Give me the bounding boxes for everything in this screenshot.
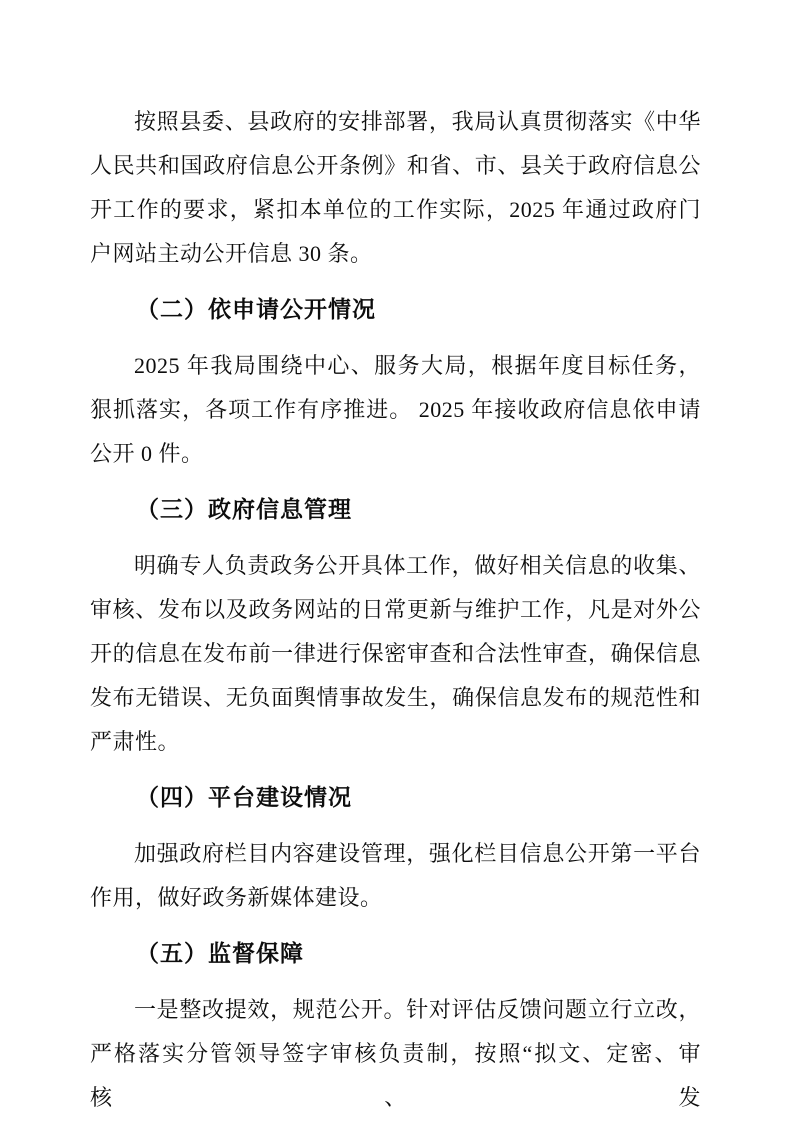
paragraph-supervision-guarantee-continued: 一是整改提效，规范公开。针对评估反馈问题立行立改，严格落实分管领导签字审核负责制…	[90, 988, 701, 1120]
paragraph-information-management: 明确专人负责政务公开具体工作，做好相关信息的收集、审核、发布以及政务网站的日常更…	[90, 544, 701, 764]
section-heading-4-platform-construction: （四）平台建设情况	[90, 776, 701, 820]
document-page: 按照县委、县政府的安排部署，我局认真贯彻落实《中华人民共和国政府信息公开条例》和…	[0, 0, 793, 1122]
paragraph-proactive-disclosure: 按照县委、县政府的安排部署，我局认真贯彻落实《中华人民共和国政府信息公开条例》和…	[90, 100, 701, 276]
section-heading-3-information-management: （三）政府信息管理	[90, 488, 701, 532]
section-heading-2-disclosure-upon-request: （二）依申请公开情况	[90, 288, 701, 332]
section-heading-5-supervision-guarantee: （五）监督保障	[90, 932, 701, 976]
paragraph-platform-construction: 加强政府栏目内容建设管理，强化栏目信息公开第一平台作用，做好政务新媒体建设。	[90, 832, 701, 920]
paragraph-disclosure-upon-request: 2025 年我局围绕中心、服务大局，根据年度目标任务，狠抓落实，各项工作有序推进…	[90, 344, 701, 476]
